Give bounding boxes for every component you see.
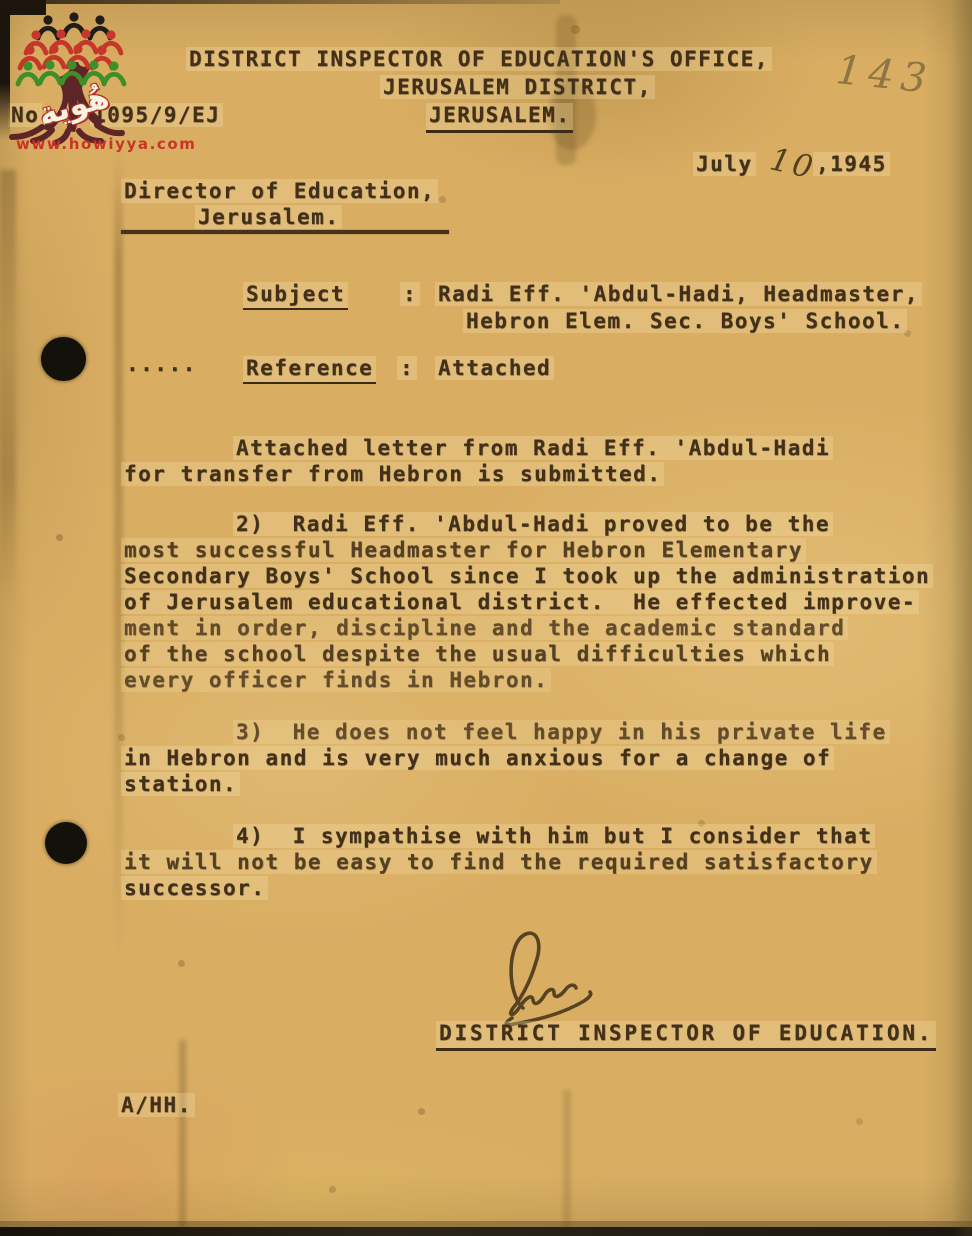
reference-dots: ..... — [123, 352, 200, 376]
body-line: of Jerusalem educational district. He ef… — [121, 590, 919, 614]
scan-edge-bottom-band — [0, 1227, 972, 1236]
left-margin-crinkle — [0, 170, 16, 600]
date-day-handwritten: 10 — [767, 141, 819, 186]
body-line: it will not be easy to find the required… — [121, 850, 877, 874]
signature-scribble — [468, 928, 658, 1033]
tree-people-black — [38, 12, 110, 38]
body-line: every officer finds in Hebron. — [121, 668, 551, 692]
handwritten-folio-number: 143 — [834, 47, 936, 103]
scan-edge-right-shade — [950, 0, 972, 1236]
scanned-letter-page: DISTRICT INSPECTOR OF EDUCATION'S OFFICE… — [0, 0, 972, 1236]
subject-line-2: Hebron Elem. Sec. Boys' School. — [463, 309, 907, 333]
addressee-city: Jerusalem. — [195, 205, 342, 229]
scan-edge-bottom-shadowline — [0, 1221, 972, 1227]
body-line: 3) He does not feel happy in his private… — [233, 720, 890, 744]
addressee-name: Director of Education, — [121, 179, 438, 203]
body-line: successor. — [121, 876, 268, 900]
body-line: 2) Radi Eff. 'Abdul-Hadi proved to be th… — [233, 512, 833, 536]
reference-value: Attached — [435, 356, 554, 380]
subject-line-1: Radi Eff. 'Abdul-Hadi, Headmaster, — [435, 282, 922, 306]
date-month: July — [693, 152, 756, 176]
body-line: Attached letter from Radi Eff. 'Abdul-Ha… — [233, 436, 833, 460]
date-year: ,1945 — [813, 152, 890, 176]
body-line: in Hebron and is very much anxious for a… — [121, 746, 834, 770]
letterhead-office-line: DISTRICT INSPECTOR OF EDUCATION'S OFFICE… — [186, 47, 772, 71]
vertical-crease-bottom-left — [179, 1040, 186, 1236]
addressee-underline — [121, 230, 449, 234]
body-line: most successful Headmaster for Hebron El… — [121, 538, 806, 562]
signoff-title: DISTRICT INSPECTOR OF EDUCATION. — [436, 1021, 936, 1051]
subject-colon: : — [400, 282, 420, 306]
body-line: Secondary Boys' School since I took up t… — [121, 564, 933, 588]
body-line: of the school despite the usual difficul… — [121, 642, 834, 666]
body-line: ment in order, discipline and the academ… — [121, 616, 848, 640]
letterhead-city-line: JERUSALEM. — [426, 103, 573, 133]
punch-hole-top — [41, 337, 86, 381]
howiyya-site-url: www.howiyya.com — [16, 135, 197, 153]
typist-initials: A/HH. — [118, 1093, 195, 1117]
body-line: for transfer from Hebron is submitted. — [121, 462, 664, 486]
reference-label: Reference — [243, 356, 376, 384]
subject-label: Subject — [243, 282, 348, 310]
body-line: station. — [121, 772, 240, 796]
letterhead-district-line: JERUSALEM DISTRICT, — [380, 75, 655, 99]
punch-hole-bottom — [45, 822, 87, 864]
reference-colon: : — [397, 356, 417, 380]
vertical-crease-bottom-mid — [563, 1090, 571, 1236]
body-line: 4) I sympathise with him but I consider … — [233, 824, 875, 848]
